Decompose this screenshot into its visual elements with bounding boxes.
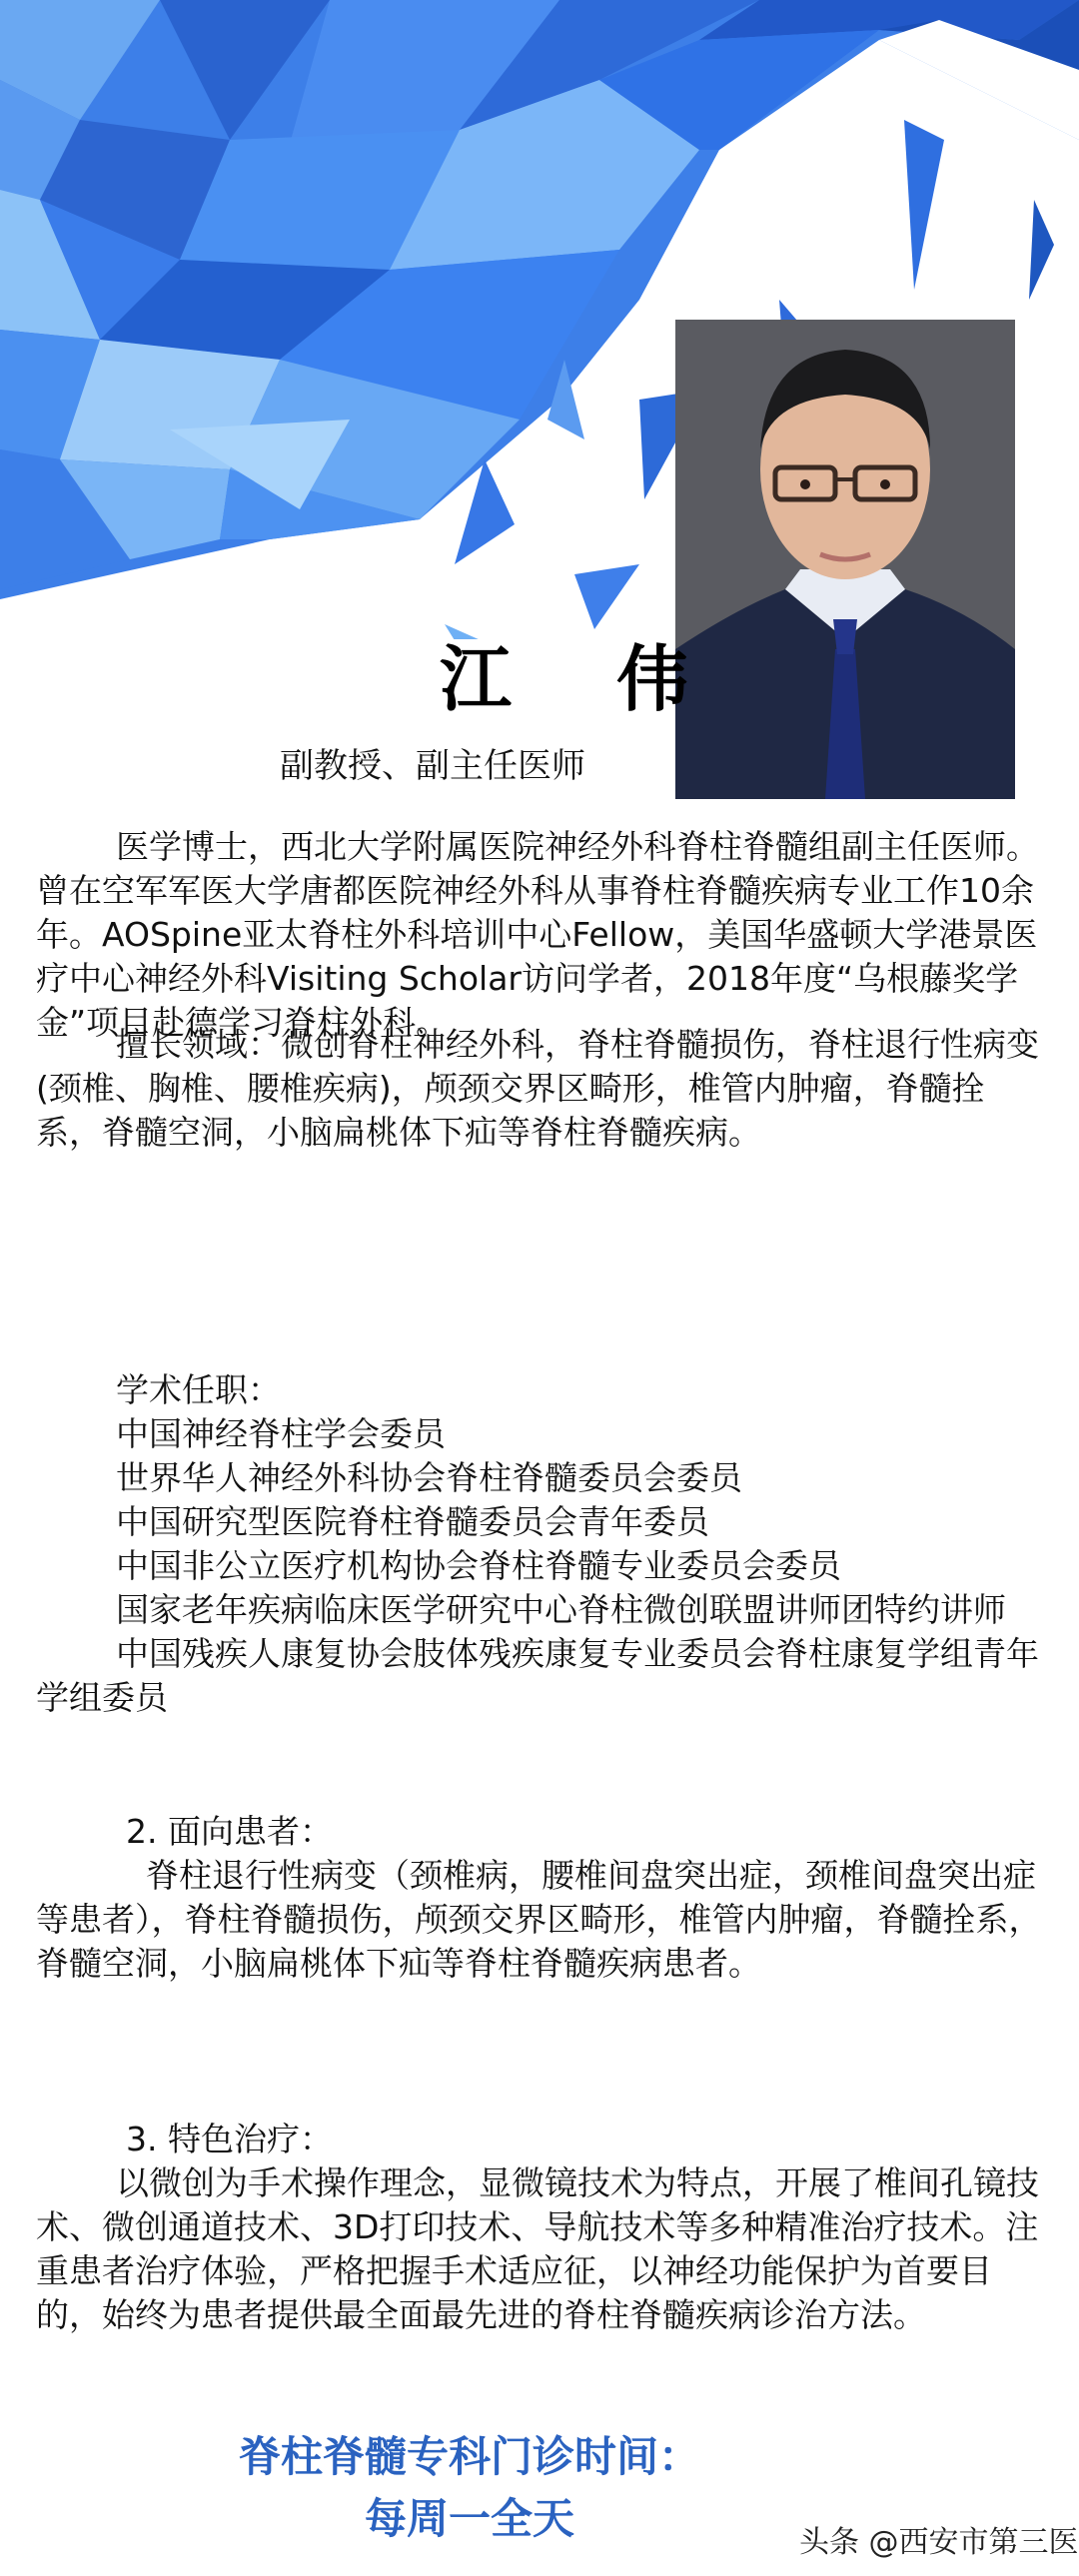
treatment-section: 3. 特色治疗： 以微创为手术操作理念，显微镜技术为特点，开展了椎间孔镜技术、微… xyxy=(36,2118,1043,2337)
bio-intro: 医学博士，西北大学附属医院神经外科脊柱脊髓组副主任医师。曾在空军军医大学唐都医院… xyxy=(36,825,1043,1045)
academic-item: 国家老年疾病临床医学研究中心脊柱微创联盟讲师团特约讲师 xyxy=(36,1588,1043,1632)
bio-intro-text: 医学博士，西北大学附属医院神经外科脊柱脊髓组副主任医师。曾在空军军医大学唐都医院… xyxy=(36,825,1043,1045)
doctor-title: 副教授、副主任医师 xyxy=(280,744,585,788)
bio-expertise: 擅长领域：微创脊柱神经外科，脊柱脊髓损伤，脊柱退行性病变(颈椎、胸椎、腰椎疾病)… xyxy=(36,1023,1043,1155)
doctor-name: 江 伟 xyxy=(440,639,728,719)
patients-heading: 2. 面向患者： xyxy=(36,1810,1043,1854)
academic-item: 中国神经脊柱学会委员 xyxy=(36,1412,1043,1456)
patients-text: 脊柱退行性病变（颈椎病，腰椎间盘突出症，颈椎间盘突出症等患者），脊柱脊髓损伤，颅… xyxy=(36,1854,1043,1986)
patients-section: 2. 面向患者： 脊柱退行性病变（颈椎病，腰椎间盘突出症，颈椎间盘突出症等患者）… xyxy=(36,1810,1043,1986)
academic-positions: 学术任职： 中国神经脊柱学会委员 世界华人神经外科协会脊柱脊髓委员会委员 中国研… xyxy=(36,1368,1043,1720)
academic-item: 世界华人神经外科协会脊柱脊髓委员会委员 xyxy=(36,1456,1043,1500)
bio-expertise-text: 擅长领域：微创脊柱神经外科，脊柱脊髓损伤，脊柱退行性病变(颈椎、胸椎、腰椎疾病)… xyxy=(36,1023,1043,1155)
academic-item: 中国非公立医疗机构协会脊柱脊髓专业委员会委员 xyxy=(36,1544,1043,1588)
treatment-text: 以微创为手术操作理念，显微镜技术为特点，开展了椎间孔镜技术、微创通道技术、3D打… xyxy=(36,2161,1043,2337)
treatment-heading: 3. 特色治疗： xyxy=(36,2118,1043,2161)
portrait-graphic xyxy=(675,320,1015,799)
academic-heading: 学术任职： xyxy=(36,1368,1043,1412)
doctor-photo xyxy=(675,320,1015,799)
academic-item: 中国残疾人康复协会肢体残疾康复专业委员会脊柱康复学组青年学组委员 xyxy=(36,1632,1043,1720)
source-watermark: 头条 @西安市第三医院 xyxy=(799,2517,1079,2561)
clinic-hours-heading: 脊柱脊髓专科门诊时间： xyxy=(0,2429,1009,2485)
academic-item: 中国研究型医院脊柱脊髓委员会青年委员 xyxy=(36,1500,1043,1544)
